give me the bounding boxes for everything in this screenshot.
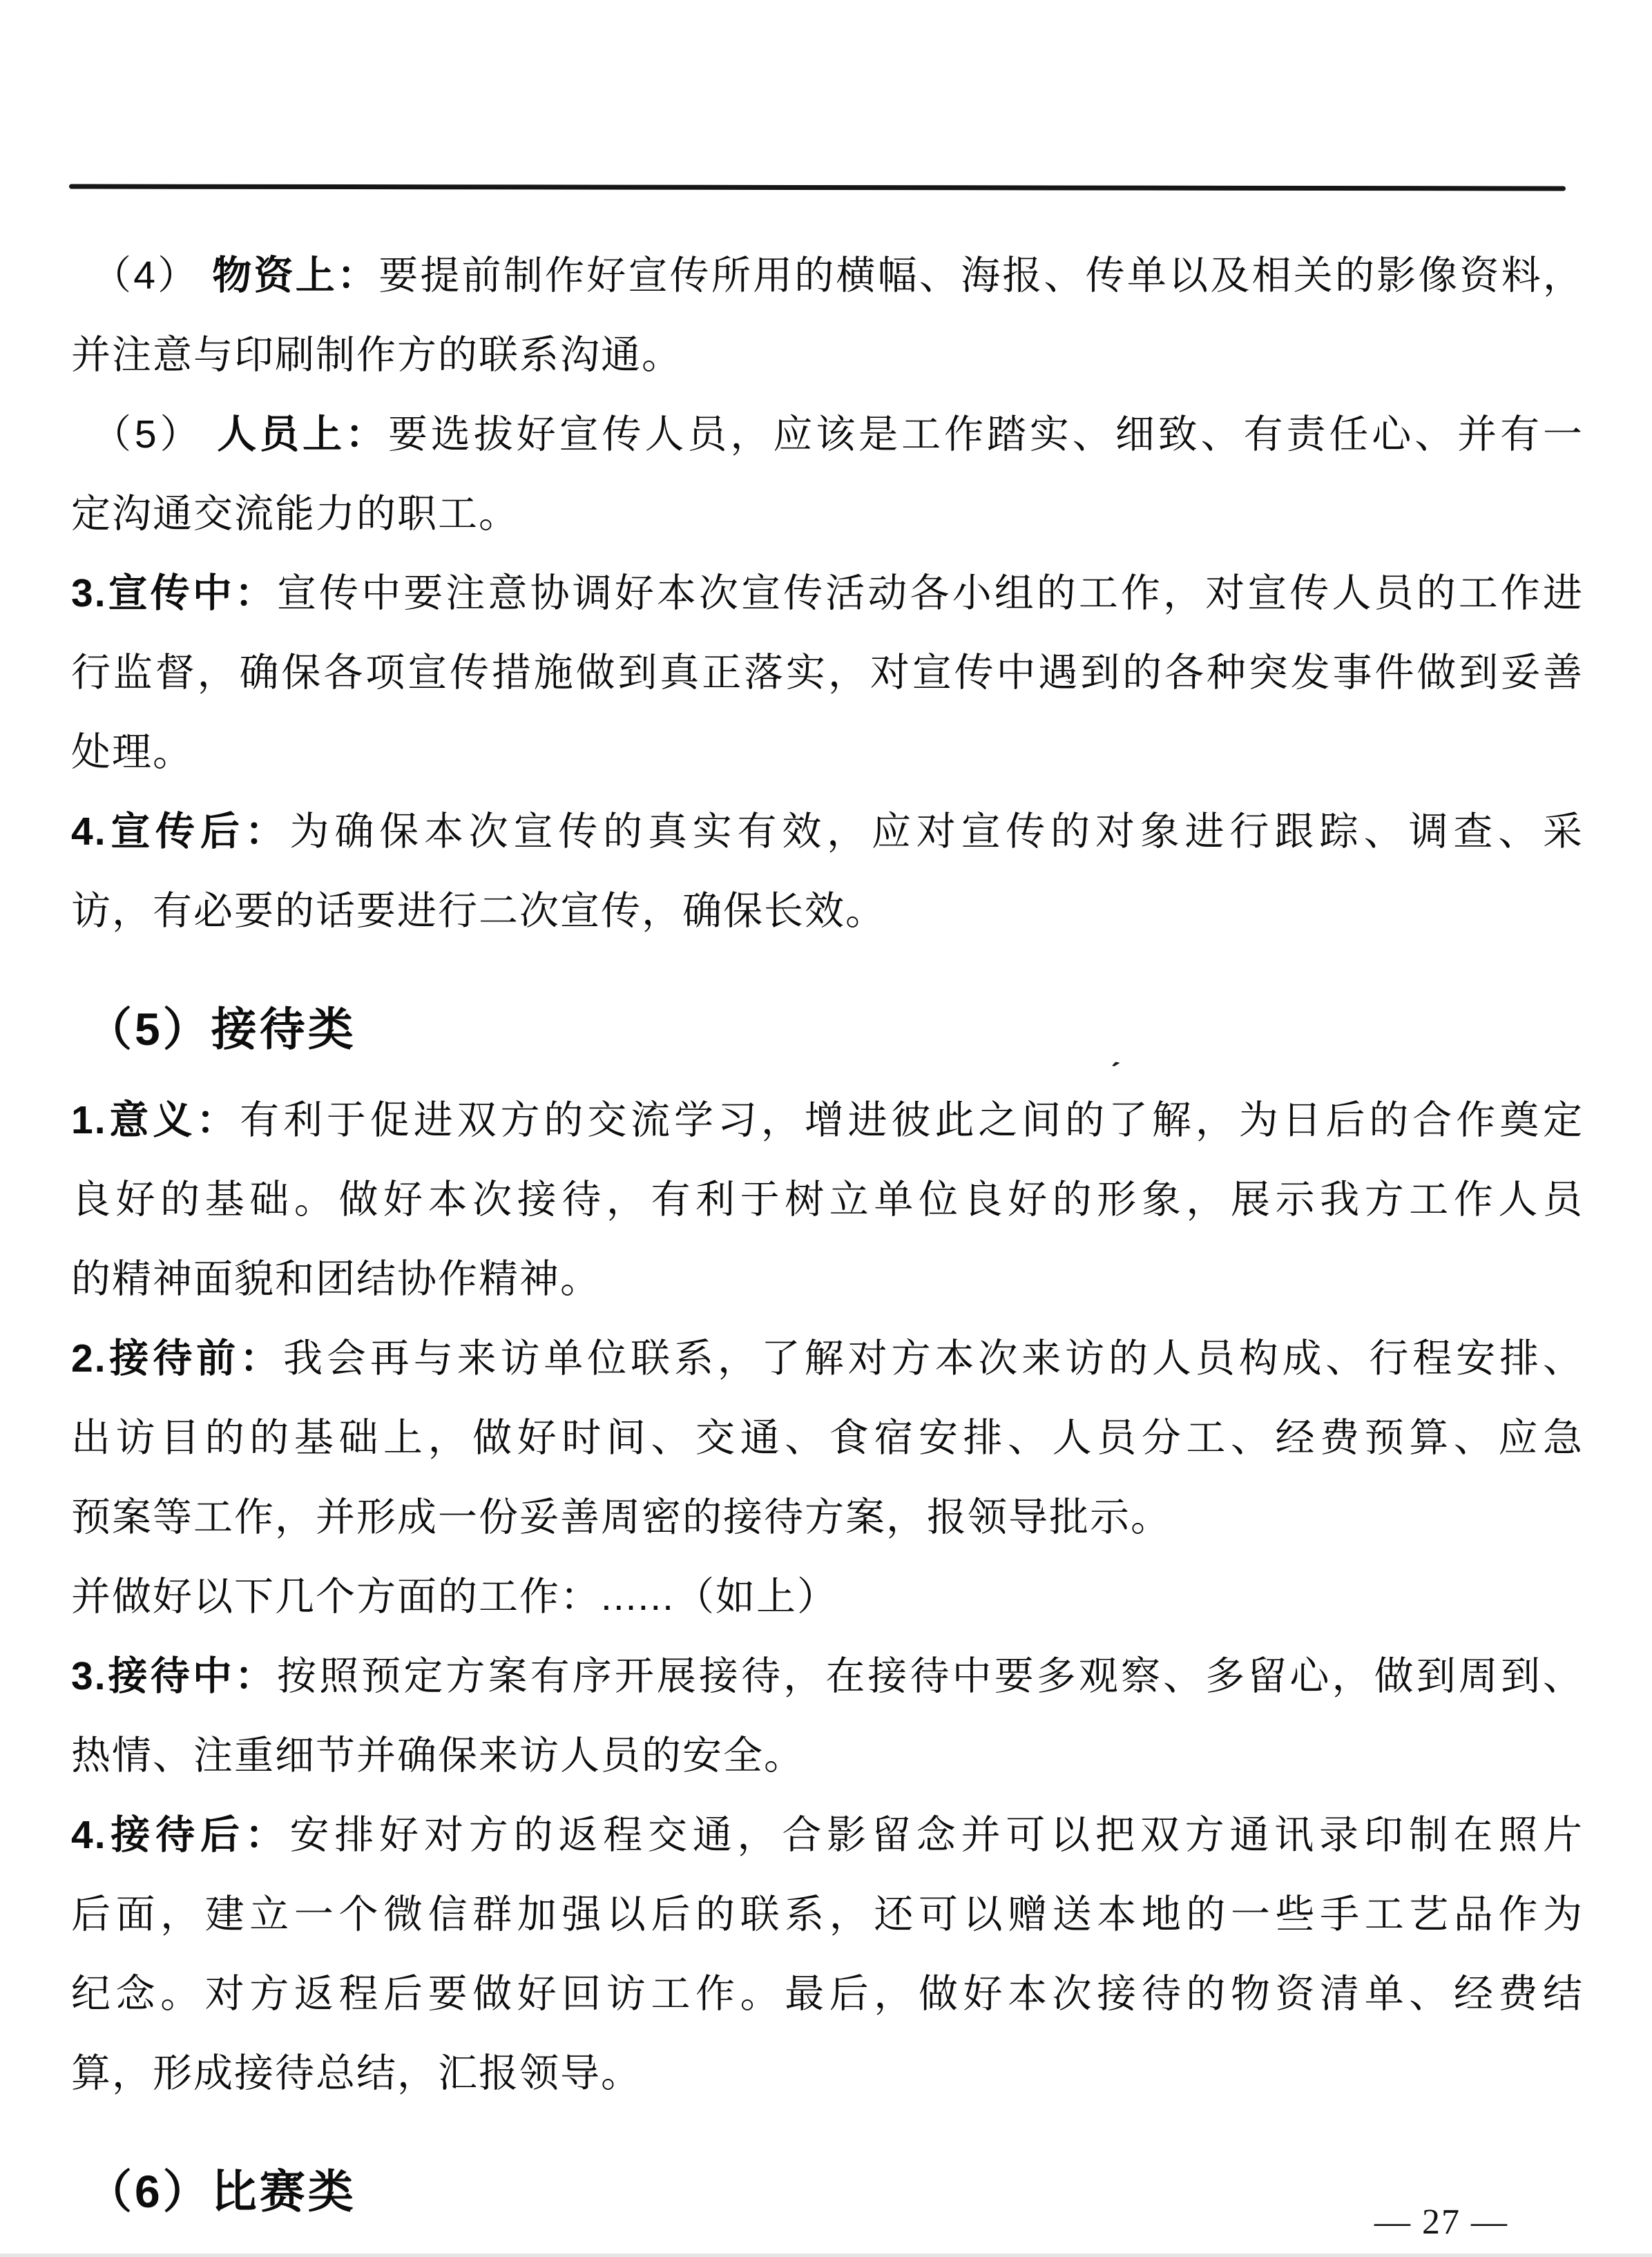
document-body: （4） 物资上：要提前制作好宣传所用的横幅、海报、传单以及相关的影像资料，并注意… [71,236,1584,2243]
run: 我会再与来访单位联系，了解对方本次来访的人员构成、行程安排、 [283,1336,1584,1381]
run-bold: （5）接待类 [86,1003,356,1055]
run: 访，有必要的话要进行二次宣传，确保长效。 [71,889,886,933]
run-bold: 4.接待后： [71,1813,290,1857]
run-bold: 4.宣传后： [71,809,290,854]
run: 预案等工作，并形成一份妥善周密的接待方案，报领导批示。 [71,1495,1171,1539]
header-rule [69,184,1566,191]
paragraph-item-jiedaihou: 4.接待后：安排好对方的返程交通，合影留念并可以把双方通讯录印制在照片 [71,1796,1584,1875]
run: 定沟通交流能力的职工。 [71,492,519,536]
text-line: 处理。 [71,713,1584,792]
run: 良好的基础。做好本次接待，有利于树立单位良好的形象，展示我方工作人员 [71,1178,1584,1222]
text-line: 纪念。对方返程后要做好回访工作。最后，做好本次接待的物资清单、经费结 [71,1955,1584,2034]
section-heading-jiedailei: （5）接待类 [71,984,1584,1074]
text-line: 的精神面貌和团结协作精神。 [71,1240,1584,1319]
run: 的精神面貌和团结协作精神。 [71,1257,601,1301]
text-line: 算，形成接待总结，汇报领导。 [71,2034,1584,2113]
text-line: 并做好以下几个方面的工作：......（如上） [71,1557,1584,1637]
run: 宣传中要注意协调好本次宣传活动各小组的工作，对宣传人员的工作进 [277,571,1584,615]
paragraph-item-yiyi: 1.意义：有利于促进双方的交流学习，增进彼此之间的了解，为日后的合作奠定 [71,1081,1584,1160]
run: （4） [92,253,212,298]
run: 有利于促进双方的交流学习，增进彼此之间的了解，为日后的合作奠定 [240,1098,1584,1142]
run: 并注意与印刷制作方的联系沟通。 [71,333,682,377]
run: 出访目的的基础上，做好时间、交通、食宿安排、人员分工、经费预算、应急 [71,1416,1584,1460]
run-bold: 2.接待前： [71,1336,283,1381]
run: 处理。 [71,730,193,774]
run: （5） [92,412,217,457]
run-bold: 人员上： [217,412,388,457]
text-line: 行监督，确保各项宣传措施做到真正落实，对宣传中遇到的各种突发事件做到妥善 [71,633,1584,713]
run: 行监督，确保各项宣传措施做到真正落实，对宣传中遇到的各种突发事件做到妥善 [71,651,1584,695]
run: 热情、注重细节并确保来访人员的安全。 [71,1733,805,1778]
run-bold: 3.接待中： [71,1654,277,1698]
run-bold: 3.宣传中： [71,571,277,615]
paragraph-item-5: （5） 人员上：要选拔好宣传人员，应该是工作踏实、细致、有责任心、并有一 [71,395,1584,474]
paragraph-item-jiedaizhong: 3.接待中：按照预定方案有序开展接待，在接待中要多观察、多留心，做到周到、 [71,1637,1584,1716]
paragraph-item-xuanchuanhou: 4.宣传后：为确保本次宣传的真实有效，应对宣传的对象进行跟踪、调查、采 [71,792,1584,872]
run: 算，形成接待总结，汇报领导。 [71,2051,642,2095]
run: 要选拔好宣传人员，应该是工作踏实、细致、有责任心、并有一 [388,412,1584,457]
run: 要提前制作好宣传所用的横幅、海报、传单以及相关的影像资料， [378,253,1584,298]
scan-bottom-edge [0,2254,1652,2257]
text-line: 热情、注重细节并确保来访人员的安全。 [71,1716,1584,1796]
run-bold: （6）比赛类 [86,2166,356,2217]
run: 为确保本次宣传的真实有效，应对宣传的对象进行跟踪、调查、采 [290,809,1584,854]
run: 并做好以下几个方面的工作：......（如上） [71,1575,838,1619]
page-number: — 27 — [1348,2202,1535,2242]
paragraph-item-xuanchuanzhong: 3.宣传中：宣传中要注意协调好本次宣传活动各小组的工作，对宣传人员的工作进 [71,554,1584,633]
run: 后面，建立一个微信群加强以后的联系，还可以赠送本地的一些手工艺品作为 [71,1892,1584,1937]
document-page: （4） 物资上：要提前制作好宣传所用的横幅、海报、传单以及相关的影像资料，并注意… [0,0,1652,2257]
text-line: 预案等工作，并形成一份妥善周密的接待方案，报领导批示。 [71,1478,1584,1557]
run-bold: 物资上： [212,253,378,298]
text-line: 出访目的的基础上，做好时间、交通、食宿安排、人员分工、经费预算、应急 [71,1399,1584,1478]
text-line: 后面，建立一个微信群加强以后的联系，还可以赠送本地的一些手工艺品作为 [71,1875,1584,1955]
text-line: 访，有必要的话要进行二次宣传，确保长效。 [71,872,1584,951]
paragraph-item-4: （4） 物资上：要提前制作好宣传所用的横幅、海报、传单以及相关的影像资料， [71,236,1584,316]
text-line: 良好的基础。做好本次接待，有利于树立单位良好的形象，展示我方工作人员 [71,1160,1584,1240]
run: 安排好对方的返程交通，合影留念并可以把双方通讯录印制在照片 [290,1813,1584,1857]
text-line: 并注意与印刷制作方的联系沟通。 [71,316,1584,395]
run-bold: 1.意义： [71,1098,240,1142]
run: 纪念。对方返程后要做好回访工作。最后，做好本次接待的物资清单、经费结 [71,1972,1584,2016]
text-line: 定沟通交流能力的职工。 [71,474,1584,554]
run: 按照预定方案有序开展接待，在接待中要多观察、多留心，做到周到、 [277,1654,1584,1698]
paragraph-item-jiedaiqian: 2.接待前：我会再与来访单位联系，了解对方本次来访的人员构成、行程安排、 [71,1319,1584,1399]
